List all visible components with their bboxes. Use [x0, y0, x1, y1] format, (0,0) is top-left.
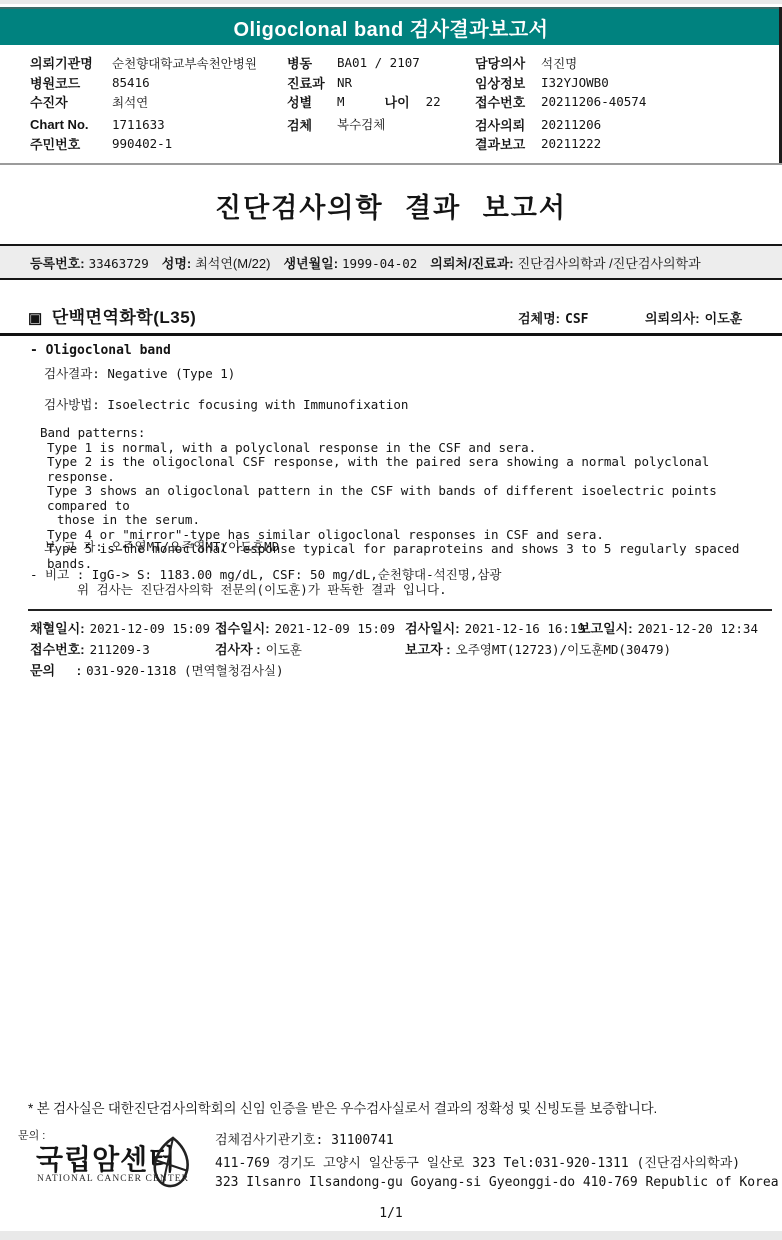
- reg-birthdate: 생년월일:1999-04-02: [283, 253, 417, 272]
- field-chart-no: Chart No. 1711633: [30, 115, 257, 135]
- band-pattern-type3: Type 3 shows an oligoclonal pattern in t…: [40, 484, 782, 513]
- note-line1: - 비고 : IgG-> S: 1183.00 mg/dL, CSF: 50 m…: [30, 568, 502, 583]
- result-line: 검사결과: Negative (Type 1): [44, 367, 235, 382]
- bottom-strip: [0, 1231, 782, 1240]
- header-right-column: 담당의사 석진명 임상정보 I32YJOWB0 접수번호 20211206-40…: [475, 53, 646, 154]
- test-datetime: 검사일시:2021-12-16 16:19: [405, 618, 585, 638]
- address-english: 323 Ilsanro Ilsandong-gu Goyang-si Gyeon…: [215, 1175, 779, 1190]
- inquiry-phone: 문의 :031-920-1318 (면역혈청검사실): [30, 660, 284, 680]
- band-pattern-type2: Type 2 is the oligoclonal CSF response, …: [40, 455, 782, 484]
- band-patterns-title: Band patterns:: [40, 426, 782, 441]
- specimen-name: 검체명:CSF: [518, 308, 589, 327]
- receipt-datetime: 접수일시:2021-12-09 15:09: [215, 618, 395, 638]
- field-hospital-code: 병원코드 85416: [30, 73, 257, 93]
- note-line2: 위 검사는 진단검사의학 전문의(이도훈)가 판독한 결과 입니다.: [30, 583, 502, 598]
- address-korean: 411-769 경기도 고양시 일산동구 일산로 323 Tel:031-920…: [215, 1152, 740, 1171]
- reporter: 보고자 :오주영MT(12723)/이도훈MD(30479): [405, 639, 671, 659]
- header-middle-column: 병동 BA01 / 2107 진료과 NR 성별 M 나이 22 검체 복수검체: [287, 53, 441, 134]
- section-header: ▣단백면역화학(L35) 검체명:CSF 의뢰의사:이도훈: [0, 302, 782, 336]
- page-title: 진단검사의학 결과 보고서: [0, 186, 782, 225]
- field-department: 진료과 NR: [287, 73, 441, 93]
- section-title: 단백면역화학(L35): [52, 308, 197, 327]
- band-pattern-type3-cont: those in the serum.: [40, 513, 782, 528]
- reg-name: 성명:최석연(M/22): [162, 253, 271, 272]
- receipt-number: 접수번호:211209-3: [30, 639, 150, 659]
- page-number: 1/1: [0, 1206, 782, 1221]
- report-title: Oligoclonal band 검사결과보고서: [233, 13, 548, 42]
- registration-bar: 등록번호:33463729 성명:최석연(M/22) 생년월일:1999-04-…: [0, 244, 782, 280]
- collection-datetime: 채혈일시:2021-12-09 15:09: [30, 618, 210, 638]
- accreditation-disclaimer: * 본 검사실은 대한진단검사의학회의 신임 인증을 받은 우수검사실로서 결과…: [28, 1097, 657, 1117]
- test-name: - Oligoclonal band: [30, 344, 171, 359]
- field-report-date: 결과보고 20211222: [475, 134, 646, 154]
- examiner: 검사자 :이도훈: [215, 639, 302, 659]
- report-datetime: 보고일시:2021-12-20 12:34: [578, 618, 758, 638]
- field-patient-name: 수진자 최석연: [30, 92, 257, 112]
- lab-report-page: Oligoclonal band 검사결과보고서 의뢰기관명 순천향대학교부속천…: [0, 0, 782, 1240]
- field-accession-no: 접수번호 20211206-40574: [475, 92, 646, 112]
- top-strip: [0, 0, 782, 4]
- reg-referrer: 의뢰처/진료과:진단검사의학과 /진단검사의학과: [430, 253, 700, 272]
- field-attending-doctor: 담당의사 석진명: [475, 53, 646, 73]
- field-resident-no: 주민번호 990402-1: [30, 134, 257, 154]
- field-specimen: 검체 복수검체: [287, 115, 441, 135]
- section-square-icon: ▣: [28, 310, 43, 327]
- ordering-doctor: 의뢰의사:이도훈: [645, 308, 742, 327]
- field-order-date: 검사의뢰 20211206: [475, 115, 646, 135]
- field-sex-age: 성별 M 나이 22: [287, 92, 441, 112]
- field-ward: 병동 BA01 / 2107: [287, 53, 441, 73]
- report-title-bar: Oligoclonal band 검사결과보고서: [0, 7, 782, 45]
- reg-number: 등록번호:33463729: [30, 253, 149, 272]
- reporter-line: 보 고 자: 오주영MT/오주영MT/이도훈MD: [44, 540, 279, 555]
- field-requesting-org: 의뢰기관명 순천향대학교부속천안병원: [30, 53, 257, 73]
- leaf-logo-icon: [149, 1136, 193, 1195]
- meta-top-divider: [28, 609, 772, 611]
- org-code-line: 검체검사기관기호: 31100741: [215, 1129, 394, 1148]
- header-left-column: 의뢰기관명 순천향대학교부속천안병원 병원코드 85416 수진자 최석연 Ch…: [30, 53, 257, 154]
- note-block: - 비고 : IgG-> S: 1183.00 mg/dL, CSF: 50 m…: [30, 568, 502, 597]
- method-line: 검사방법: Isoelectric focusing with Immunofi…: [44, 398, 408, 413]
- section-title-wrap: ▣단백면역화학(L35): [28, 303, 196, 328]
- band-pattern-type1: Type 1 is normal, with a polyclonal resp…: [40, 441, 782, 456]
- field-clinical-info: 임상정보 I32YJOWB0: [475, 73, 646, 93]
- header-bottom-divider: [0, 163, 782, 165]
